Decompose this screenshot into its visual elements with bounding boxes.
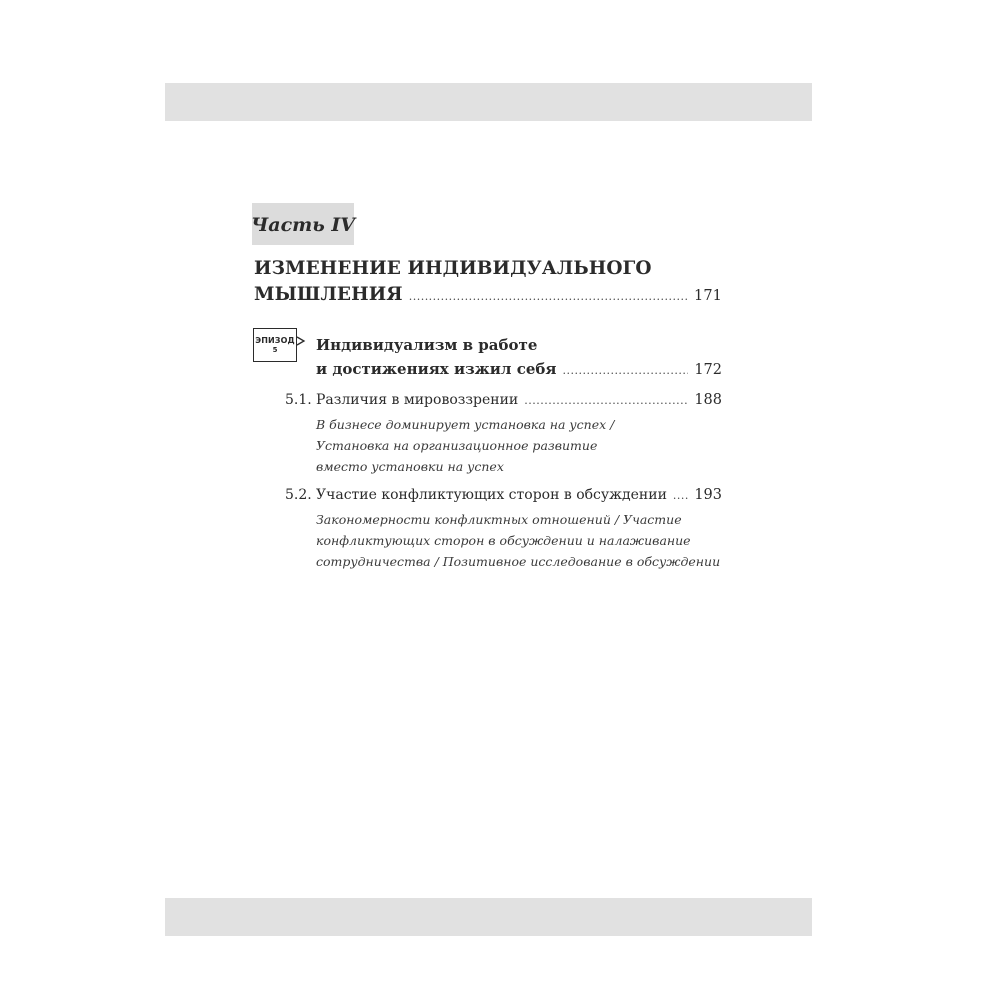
episode-title-text: и достижениях изжил себя: [316, 357, 556, 381]
section-heading: 5.1. Различия в мировоззрении 188: [285, 389, 722, 412]
section-page-number: 193: [694, 484, 722, 506]
section-description: Закономерности конфликтных отношений / У…: [316, 509, 722, 572]
episode-title-line-2: и достижениях изжил себя 172: [316, 357, 722, 383]
dot-leader: [562, 359, 688, 383]
section-description-line: В бизнесе доминирует установка на успех …: [316, 414, 722, 435]
section-description-line: конфликтующих сторон в обсуждении и нала…: [316, 530, 722, 551]
episode-title-line-1: Индивидуализм в работе: [316, 333, 722, 357]
section-description: В бизнесе доминирует установка на успех …: [316, 414, 722, 477]
episode-page-number: 172: [694, 358, 722, 382]
section-description-line: Установка на организационное развитие: [316, 435, 722, 456]
part-title-text: МЫШЛЕНИЯ: [254, 282, 403, 308]
dot-leader: [673, 485, 688, 507]
section-heading: 5.2. Участие конфликтующих сторон в обсу…: [285, 484, 722, 507]
dot-leader: [409, 284, 688, 310]
section-description-line: Закономерности конфликтных отношений / У…: [316, 509, 722, 530]
top-gray-band: [165, 83, 812, 121]
episode-badge-word: ЭПИЗОД: [255, 336, 294, 345]
section-title: Различия в мировоззрении: [316, 389, 518, 411]
part-label: Часть IV: [251, 214, 355, 236]
bottom-gray-band: [165, 898, 812, 936]
episode-title[interactable]: Индивидуализм в работе и достижениях изж…: [316, 333, 722, 383]
part-label-box: Часть IV: [252, 203, 354, 245]
episode-badge: ЭПИЗОД 5: [253, 328, 297, 362]
section-number: 5.1.: [285, 389, 316, 411]
badge-pointer-icon: [296, 336, 306, 346]
toc-section-5-2[interactable]: 5.2. Участие конфликтующих сторон в обсу…: [285, 484, 722, 572]
part-page-number: 171: [694, 283, 722, 309]
toc-section-5-1[interactable]: 5.1. Различия в мировоззрении 188 В бизн…: [285, 389, 722, 477]
section-description-line: вместо установки на успех: [316, 456, 722, 477]
part-title-line-1: ИЗМЕНЕНИЕ ИНДИВИДУАЛЬНОГО: [254, 256, 722, 282]
section-description-line: сотрудничества / Позитивное исследование…: [316, 551, 722, 572]
dot-leader: [524, 390, 688, 412]
section-number: 5.2.: [285, 484, 316, 506]
part-title-line-2: МЫШЛЕНИЯ 171: [254, 282, 722, 310]
part-heading[interactable]: ИЗМЕНЕНИЕ ИНДИВИДУАЛЬНОГО МЫШЛЕНИЯ 171: [254, 256, 722, 310]
episode-badge-number: 5: [273, 346, 278, 355]
section-title: Участие конфликтующих сторон в обсуждени…: [316, 484, 667, 506]
section-page-number: 188: [694, 389, 722, 411]
